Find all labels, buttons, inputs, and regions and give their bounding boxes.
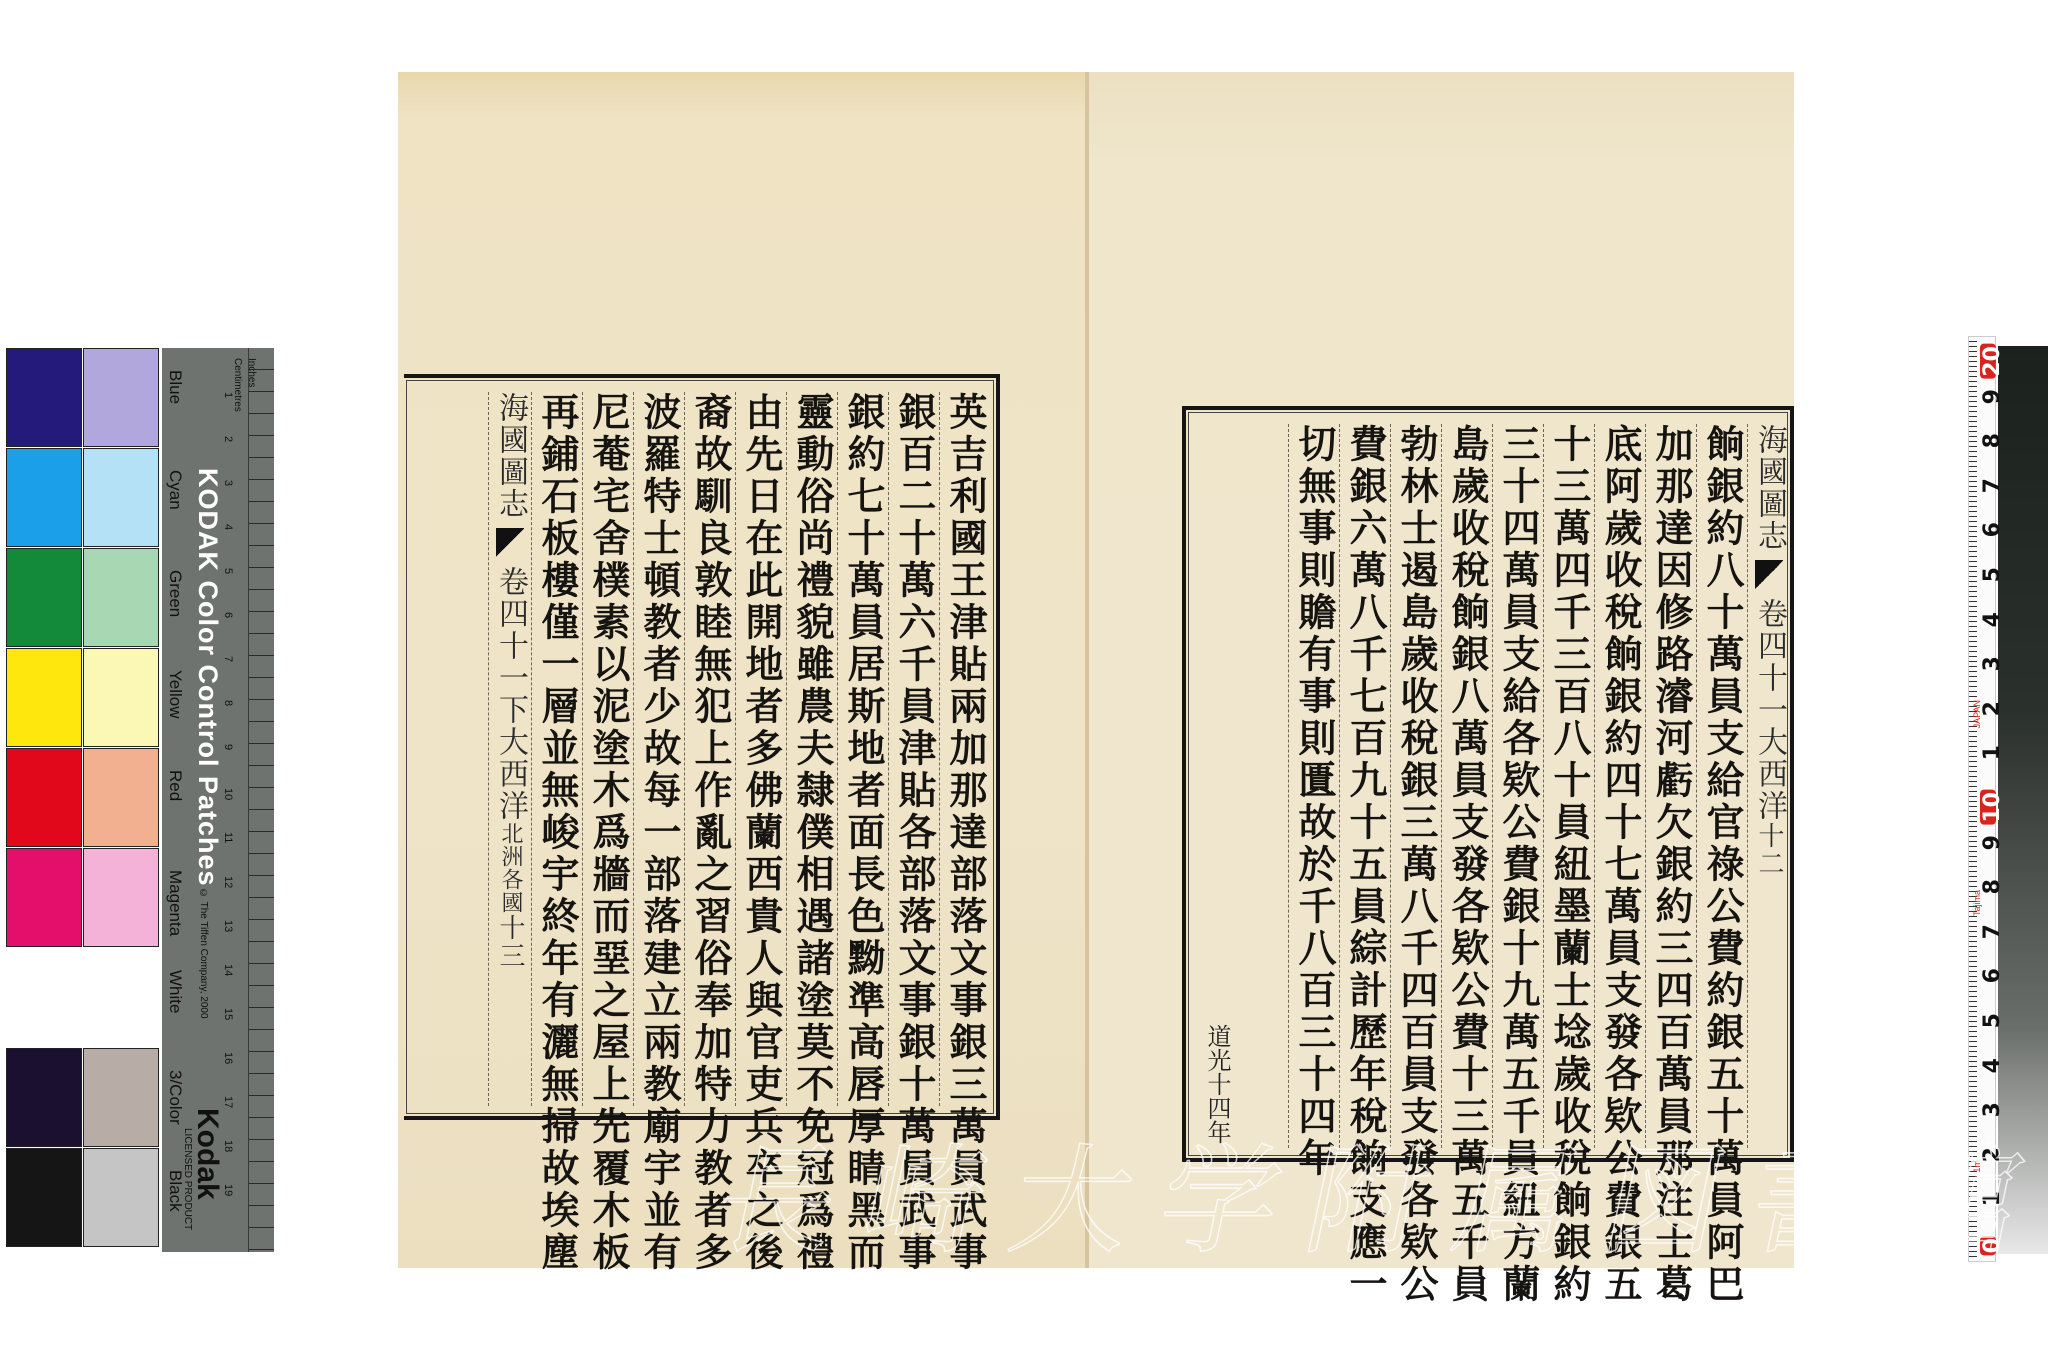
- scale-number: 4: [1980, 1058, 1996, 1073]
- text-column: 裔故馴良敦睦無犯上作亂之習俗奉加特力教者多: [684, 392, 735, 1106]
- margin-title: 海國圖志: [1752, 424, 1787, 552]
- color-patch-red-light: [83, 748, 159, 847]
- text-column: 銀約七十萬員居斯地者面長色黝準高唇厚睛黑而: [837, 392, 888, 1106]
- cm-tick-label: 2: [222, 436, 234, 442]
- patch-label: White: [165, 970, 185, 1013]
- color-patch-cyan-light: [83, 448, 159, 547]
- text-column: 靈動俗尚禮貌雖農夫隸僕相遇諸塗莫不免冠爲禮: [786, 392, 837, 1106]
- cm-tick-label: 12: [222, 876, 234, 888]
- color-patch-black-light: [83, 1148, 159, 1247]
- patch-label: Green: [165, 570, 185, 617]
- color-patch-red-dark: [6, 748, 82, 847]
- centimetres-label: Centimetres: [232, 358, 243, 412]
- text-column: 尼菴宅舍樸素以泥塗木爲牆而堊之屋上先覆木板: [582, 392, 633, 1106]
- scale-number: 5: [1980, 1013, 1996, 1028]
- text-column: 由先日在此開地者多佛蘭西貴人與官吏兵卒之後: [735, 392, 786, 1106]
- patch-label: Red: [165, 770, 185, 801]
- margin-volume: 卷四十一大西洋: [1752, 598, 1787, 822]
- scale-number: 4: [1980, 612, 1996, 627]
- scale-number: 8: [1980, 879, 1996, 894]
- text-column: 勃林士遏島歲收稅銀三萬八千四百員支發各欵公: [1390, 424, 1441, 1148]
- scale-number: 5: [1980, 567, 1996, 582]
- book-fold: [1085, 72, 1089, 1268]
- inch-ruler: [248, 348, 274, 1252]
- patch-label: Blue: [165, 370, 185, 404]
- text-column: 三十四萬員支給各欵公費銀十九萬五千員紐方蘭: [1492, 424, 1543, 1148]
- kodak-label-bar: Inches Centimetres KODAK Color Control P…: [162, 348, 274, 1252]
- text-column: 島歲收稅餉銀八萬員支發各欵公費十三萬五千員: [1441, 424, 1492, 1148]
- margin-title: 海國圖志: [493, 392, 528, 520]
- scale-number: 2: [1980, 701, 1996, 716]
- scale-number: 9: [1980, 389, 1996, 404]
- text-column: 加那達因修路濬河虧欠銀約三四百萬員那注士葛: [1645, 424, 1696, 1148]
- scale-number: 8: [1980, 433, 1996, 448]
- center-margin-column: 海國圖志卷四十一下大西洋北洲各國十三: [488, 392, 531, 1106]
- cm-tick-label: 14: [222, 964, 234, 976]
- patch-label: 3/Color: [165, 1070, 185, 1125]
- color-patch-yellow-dark: [6, 648, 82, 747]
- scale-number: 7: [1980, 478, 1996, 493]
- text-column: 銀百二十萬六千員津貼各部落文事銀十萬員武事: [888, 392, 939, 1106]
- cm-tick-label: 4: [222, 524, 234, 530]
- cm-tick-label: 15: [222, 1008, 234, 1020]
- patch-label: Black: [165, 1170, 185, 1212]
- right-page-columns: 海國圖志卷四十一大西洋十二 餉銀約八十萬員支給官祿公費約銀五十萬員阿巴加那達因修…: [1190, 424, 1790, 1148]
- cm-tick-label: 9: [222, 744, 234, 750]
- cm-tick-label: 1: [222, 392, 234, 398]
- cm-tick-label: 6: [222, 612, 234, 618]
- patch-label: Magenta: [165, 870, 185, 936]
- text-column: 十三萬四千三百八十員紐墨蘭士埝歲收稅餉銀約: [1543, 424, 1594, 1148]
- scale-number: 6: [1980, 968, 1996, 983]
- patch-label: Yellow: [165, 670, 185, 719]
- text-column: 底阿歲收稅餉銀約四十七萬員支發各欵公費銀五: [1594, 424, 1645, 1148]
- scale-number: 3: [1980, 656, 1996, 671]
- color-patch-cyan-dark: [6, 448, 82, 547]
- scale-small-label: Tajima: [1972, 890, 1982, 916]
- text-column: 波羅特士頓教者少故每一部落建立兩教廟宇並有: [633, 392, 684, 1106]
- patch-label: Cyan: [165, 470, 185, 510]
- scale-number: 7: [1980, 924, 1996, 939]
- scale-number: 9: [1980, 835, 1996, 850]
- cm-tick-label: 18: [222, 1140, 234, 1152]
- color-patch-blue-light: [83, 348, 159, 447]
- copyright-text: © The Tiffen Company, 2000: [198, 888, 209, 1019]
- scale-number: 20: [1980, 344, 1996, 379]
- color-patch-magenta-dark: [6, 848, 82, 947]
- kodak-logo: Kodak: [190, 1108, 224, 1200]
- color-patches: [6, 348, 161, 1252]
- color-patch-yellow-light: [83, 648, 159, 747]
- scale-number: 3: [1980, 1102, 1996, 1117]
- color-patch-green-light: [83, 548, 159, 647]
- text-column: 切無事則贍有事則匱故於千八百三十四年: [1288, 424, 1339, 1148]
- cm-tick-label: 8: [222, 700, 234, 706]
- text-column: 費銀六萬八千七百九十五員綜計歷年稅餉支應一: [1339, 424, 1390, 1148]
- color-patch-black-dark: [6, 1148, 82, 1247]
- kodak-color-control-card: Inches Centimetres KODAK Color Control P…: [6, 348, 274, 1252]
- cm-tick-label: 3: [222, 480, 234, 486]
- fishtail-mark-icon: [1755, 560, 1783, 590]
- margin-page: 十三: [495, 914, 525, 970]
- color-patch-green-dark: [6, 548, 82, 647]
- text-column: 再鋪石板樓僅一層並無峻宇終年有灑無掃故埃塵: [531, 392, 582, 1106]
- scale-number: 10: [1980, 790, 1996, 825]
- center-margin-column: 海國圖志卷四十一大西洋十二: [1747, 424, 1790, 1148]
- margin-section: 北洲各國: [498, 822, 523, 914]
- scale-number: 6: [1980, 522, 1996, 537]
- cm-tick-label: 19: [222, 1184, 234, 1196]
- left-page-text-frame: 英吉利國王津貼兩加那達部落文事銀三萬員武事銀百二十萬六千員津貼各部落文事銀十萬員…: [404, 374, 1000, 1120]
- text-column: 餉銀約八十萬員支給官祿公費約銀五十萬員阿巴: [1696, 424, 1747, 1148]
- cm-tick-label: 17: [222, 1096, 234, 1108]
- fishtail-mark-icon: [496, 528, 524, 558]
- gray-scale-strip: [1998, 346, 2048, 1254]
- color-patch-blue-dark: [6, 348, 82, 447]
- scale-small-label: JAPAN: [1972, 700, 1982, 728]
- cm-tick-label: 7: [222, 656, 234, 662]
- cm-tick-label: 5: [222, 568, 234, 574]
- margin-volume: 卷四十一下大西洋: [493, 566, 528, 822]
- library-watermark: 長崎大学附属図書館: [702, 1106, 1958, 1276]
- scale-number: 1: [1980, 745, 1996, 760]
- color-patch-3-color-dark: [6, 1048, 82, 1147]
- kodak-card-title: KODAK Color Control Patches: [192, 468, 223, 887]
- left-page-columns: 英吉利國王津貼兩加那達部落文事銀三萬員武事銀百二十萬六千員津貼各部落文事銀十萬員…: [404, 392, 990, 1106]
- cm-tick-label: 10: [222, 788, 234, 800]
- cm-tick-label: 16: [222, 1052, 234, 1064]
- color-patch-magenta-light: [83, 848, 159, 947]
- color-patch-3-color-light: [83, 1048, 159, 1147]
- cm-tick-label: 11: [222, 832, 234, 843]
- cm-tick-label: 13: [222, 920, 234, 932]
- margin-page: 十二: [1754, 822, 1784, 878]
- text-column: 英吉利國王津貼兩加那達部落文事銀三萬員武事: [939, 392, 990, 1106]
- right-page-text-frame: 海國圖志卷四十一大西洋十二 餉銀約八十萬員支給官祿公費約銀五十萬員阿巴加那達因修…: [1182, 406, 1794, 1162]
